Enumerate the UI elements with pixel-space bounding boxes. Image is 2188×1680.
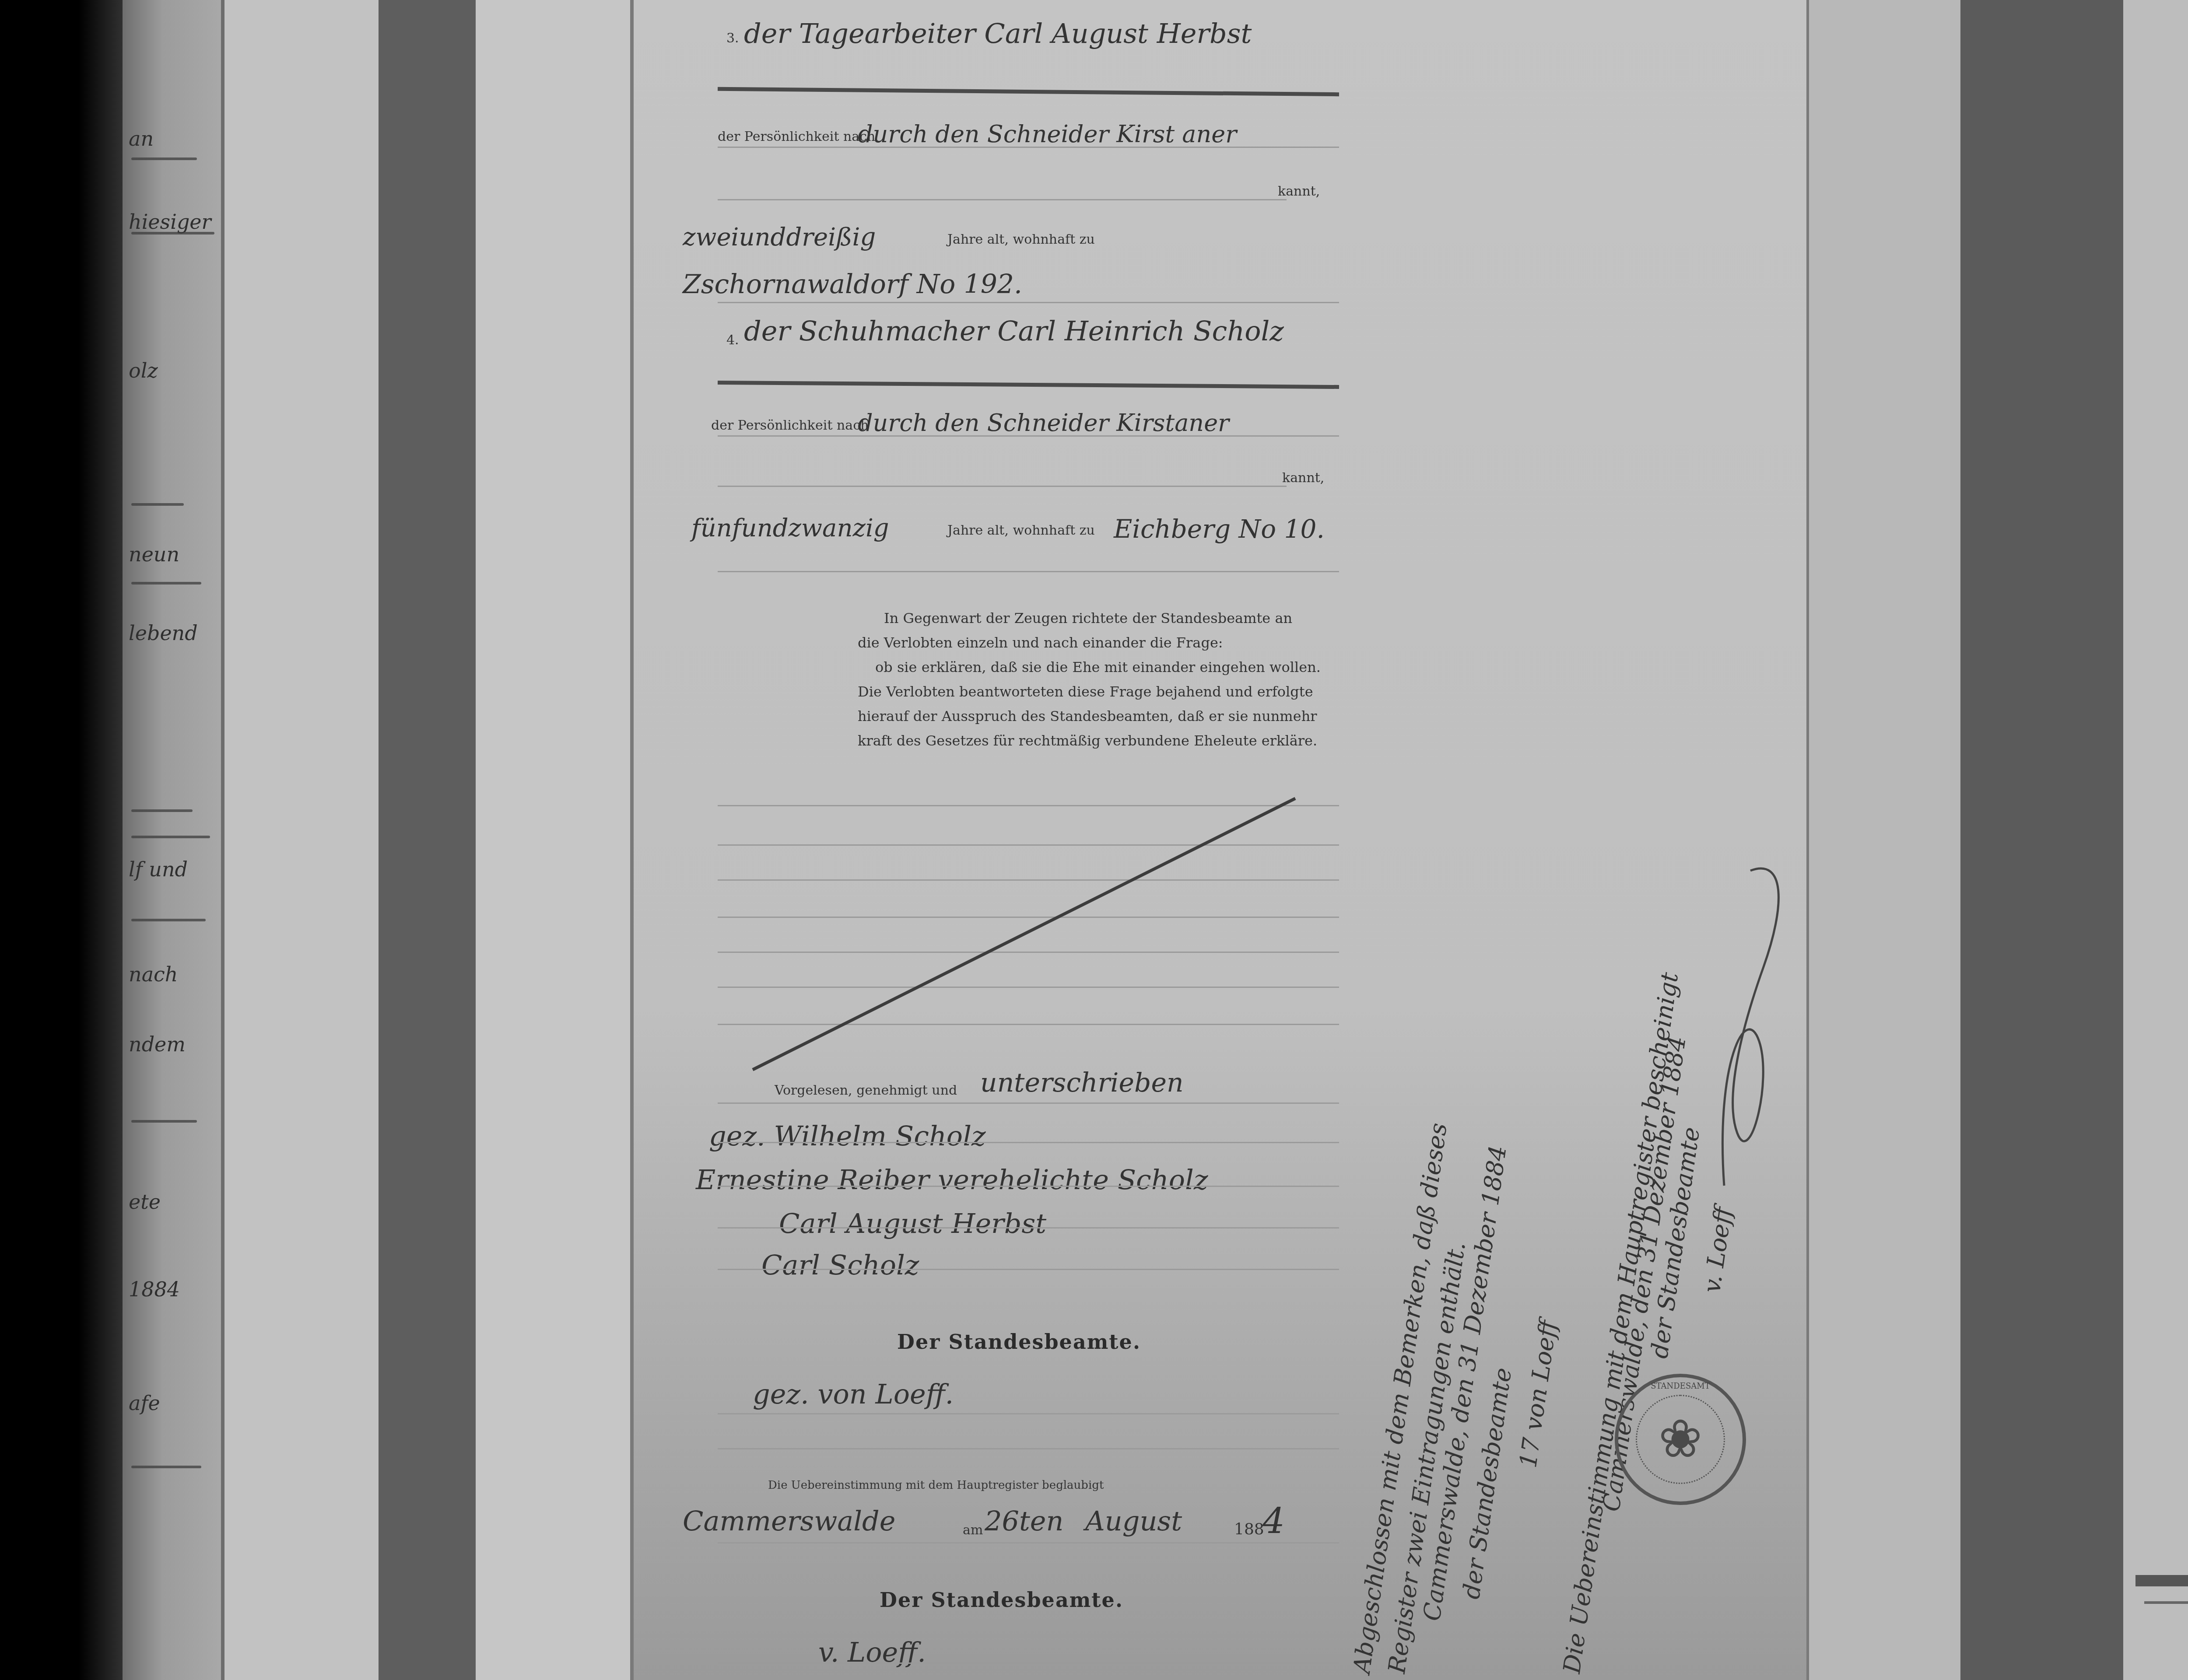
age-value: zweiunddreißig	[683, 223, 876, 252]
signature-line: Carl Scholz	[761, 1249, 919, 1281]
card-frame-bottom-rule-thin	[2144, 1601, 2188, 1604]
previous-page-fragment: an hiesiger olz neun lebend lf und nach …	[123, 0, 223, 1680]
certification-day: 26ten	[985, 1505, 1063, 1537]
film-dark-band-right	[1960, 0, 2123, 1680]
strike-through-line	[744, 787, 1313, 1076]
certification-text: Die Uebereinstimmung mit dem Hauptregist…	[768, 1479, 1104, 1492]
signature-line: Carl August Herbst	[779, 1207, 1046, 1239]
eagle-icon: ❀	[1659, 1413, 1703, 1466]
film-dark-band-left	[379, 0, 476, 1680]
age-label: Jahre alt, wohnhaft zu	[947, 523, 1095, 538]
registrar-heading: Der Standesbeamte.	[897, 1330, 1141, 1354]
signatures-label-value: unterschrieben	[980, 1067, 1184, 1098]
film-edge-left	[0, 0, 131, 1680]
witness-number: 4.	[726, 332, 739, 348]
margin-word: lebend	[129, 621, 198, 645]
identity-value: durch den Schneider Kirst aner	[858, 120, 1237, 148]
margin-word: ndem	[129, 1032, 186, 1056]
witness-number: 3.	[726, 31, 739, 46]
film-blank-strip	[2123, 0, 2188, 1680]
margin-word: afe	[129, 1391, 160, 1415]
certification-heading: Der Standesbeamte.	[880, 1588, 1123, 1612]
margin-word: an	[129, 127, 154, 150]
known-suffix: kannt,	[1282, 470, 1324, 486]
margin-word: neun	[129, 542, 179, 566]
registrar-flourish	[1698, 853, 1794, 1212]
witness-name: der Tagearbeiter Carl August Herbst	[744, 17, 1252, 49]
margin-word: nach	[129, 962, 178, 986]
film-blank-strip	[224, 0, 379, 1680]
known-suffix: kannt,	[1278, 184, 1320, 199]
certification-place: Cammerswalde	[683, 1505, 895, 1537]
card-frame-bottom-rule	[2135, 1575, 2188, 1586]
signatures-label: Vorgelesen, genehmigt und	[775, 1083, 957, 1098]
page-gutter-rule	[221, 0, 224, 1680]
certification-month: August	[1085, 1505, 1182, 1537]
margin-word: lf und	[129, 857, 188, 881]
margin-word: olz	[129, 359, 158, 382]
residence: Zschornawaldorf No 192.	[683, 269, 1022, 300]
identity-value: durch den Schneider Kirstaner	[858, 409, 1229, 437]
signature-line: Ernestine Reiber verehelichte Scholz	[696, 1164, 1208, 1196]
margin-word: hiesiger	[129, 210, 211, 234]
age-value: fünfundzwanzig	[691, 514, 889, 542]
margin-word: ete	[129, 1190, 161, 1214]
margin-word: 1884	[129, 1277, 180, 1301]
ceremony-paragraph: In Gegenwart der Zeugen richtete der Sta…	[858, 606, 1335, 753]
witness-name: der Schuhmacher Carl Heinrich Scholz	[744, 315, 1284, 347]
certification-year-written: 4	[1262, 1501, 1285, 1541]
certification-date-prefix: am	[963, 1522, 983, 1538]
age-label: Jahre alt, wohnhaft zu	[947, 232, 1095, 247]
identity-label: der Persönlichkeit nach	[718, 129, 875, 144]
certification-year-printed: 188	[1234, 1520, 1264, 1538]
official-seal: STANDESAMT ❀	[1615, 1374, 1746, 1505]
film-blank-strip	[1809, 0, 1960, 1680]
signature-line: gez. Wilhelm Scholz	[709, 1120, 986, 1152]
page-edge	[630, 0, 634, 1680]
identity-label: der Persönlichkeit nach	[711, 418, 869, 433]
film-blank-strip	[476, 0, 648, 1680]
registrar-signature: gez. von Loeff.	[753, 1378, 954, 1410]
residence: Eichberg No 10.	[1114, 514, 1325, 544]
